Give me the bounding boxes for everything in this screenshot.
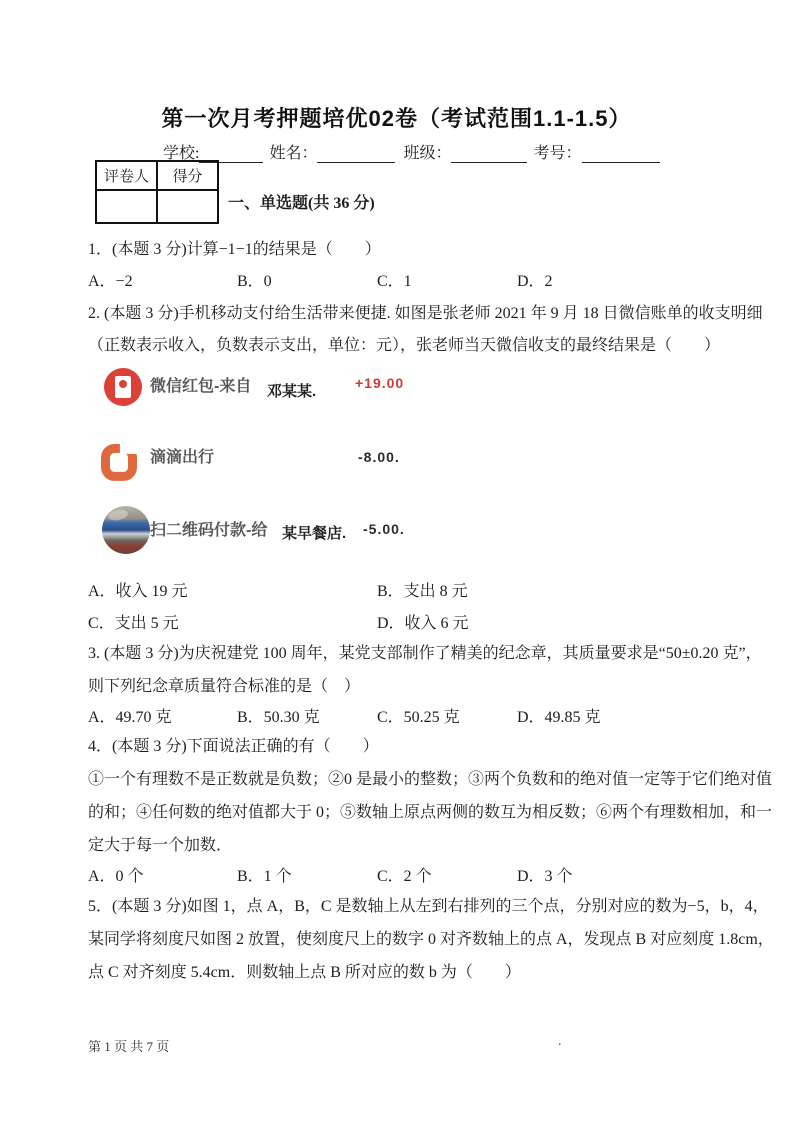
question-4-statements-line1: ①一个有理数不是正数就是负数；②0 是最小的整数；③两个负数和的绝对值一定等于它… [88,766,772,789]
transaction-amount: -5.00. [363,521,405,537]
question-3-stem-line2: 则下列纪念章质量符合标准的是（ ） [88,673,360,696]
didi-chuxing-icon [101,441,137,483]
grader-cell-reviewer-empty [96,190,157,223]
wechat-bill-figure: 微信红包-来自 邓某某. +19.00 滴滴出行 -8.00. 扫二维码付款-给… [95,365,435,561]
question-5-stem-line2: 某同学将刻度尺如图 2 放置，使刻度尺上的数字 0 对齐数轴上的点 A，发现点 … [88,926,774,949]
storefront-photo-icon [102,506,150,554]
exam-number-blank [582,145,660,163]
question-2-option-d: D．收入 6 元 [377,610,469,633]
name-blank [317,145,395,163]
question-1-option-d: D．2 [517,268,553,291]
question-3-option-a: A．49.70 克 [88,704,172,727]
question-3-stem-line1: 3. (本题 3 分)为庆祝建党 100 周年，某党支部制作了精美的纪念章，其质… [88,640,762,663]
question-5-stem-line3: 点 C 对齐刻度 5.4cm．则数轴上点 B 所对应的数 b 为（ ） [88,959,521,982]
stray-dot: . [558,1034,562,1050]
question-1-stem: 1．(本题 3 分)计算−1−1的结果是（ ） [88,236,381,259]
question-4-statements-line2: 的和；④任何数的绝对值都大于 0；⑤数轴上原点两侧的数互为相反数；⑥两个有理数相… [88,799,772,822]
question-4-stem: 4．(本题 3 分)下面说法正确的有（ ） [88,733,379,756]
question-1-option-a: A．−2 [88,268,133,291]
question-3-option-d: D．49.85 克 [517,704,601,727]
footer-page-number: 第 1 页 共 7 页 [88,1036,169,1055]
name-label: 姓名： [269,145,317,162]
question-1-option-c: C．1 [377,268,412,291]
transaction-payee: 邓某某. [267,380,316,401]
class-blank [451,145,527,163]
transaction-payee: 某早餐店. [282,522,346,543]
question-4-option-a: A．0 个 [88,863,144,886]
question-3-option-c: C．50.25 克 [377,704,460,727]
transaction-label: 扫二维码付款-给 [150,517,267,540]
grader-col-score: 得分 [157,161,218,190]
class-label: 班级： [403,145,451,162]
red-packet-seal [119,380,127,388]
transaction-amount: +19.00 [355,375,404,391]
transaction-amount: -8.00. [358,449,400,465]
question-1-option-b: B．0 [237,268,272,291]
wechat-red-packet-icon [104,368,142,406]
question-5-stem-line1: 5．(本题 3 分)如图 1，点 A，B，C 是数轴上从左到右排列的三个点，分别… [88,893,769,916]
question-4-statements-line3: 定大于每一个加数． [88,832,232,855]
transaction-label: 滴滴出行 [150,444,214,467]
question-2-option-a: A．收入 19 元 [88,578,188,601]
transaction-label: 微信红包-来自 [150,373,251,396]
question-4-option-b: B．1 个 [237,863,292,886]
photo-glare [107,508,129,522]
section-heading: 一、单选题(共 36 分) [228,190,375,213]
question-3-option-b: B．50.30 克 [237,704,320,727]
question-4-option-d: D．3 个 [517,863,573,886]
grader-col-reviewer: 评卷人 [96,161,157,190]
question-2-stem-line2: （正数表示收入，负数表示支出，单位：元），张老师当天微信收支的最终结果是（ ） [88,332,720,355]
exam-page: 第一次月考押题培优02卷（考试范围1.1-1.5） 学校:姓名：班级：考号： 评… [0,0,793,1122]
question-2-stem-line1: 2. (本题 3 分)手机移动支付给生活带来便捷. 如图是张老师 2021 年 … [88,300,763,323]
question-2-option-b: B．支出 8 元 [377,578,468,601]
exam-number-label: 考号： [533,145,581,162]
student-info-line: 学校:姓名：班级：考号： [163,140,660,163]
question-4-option-c: C．2 个 [377,863,432,886]
grader-score-table: 评卷人 得分 [95,160,219,224]
grader-cell-score-empty [157,190,218,223]
question-2-option-c: C．支出 5 元 [88,610,179,633]
page-title: 第一次月考押题培优02卷（考试范围1.1-1.5） [0,102,793,133]
